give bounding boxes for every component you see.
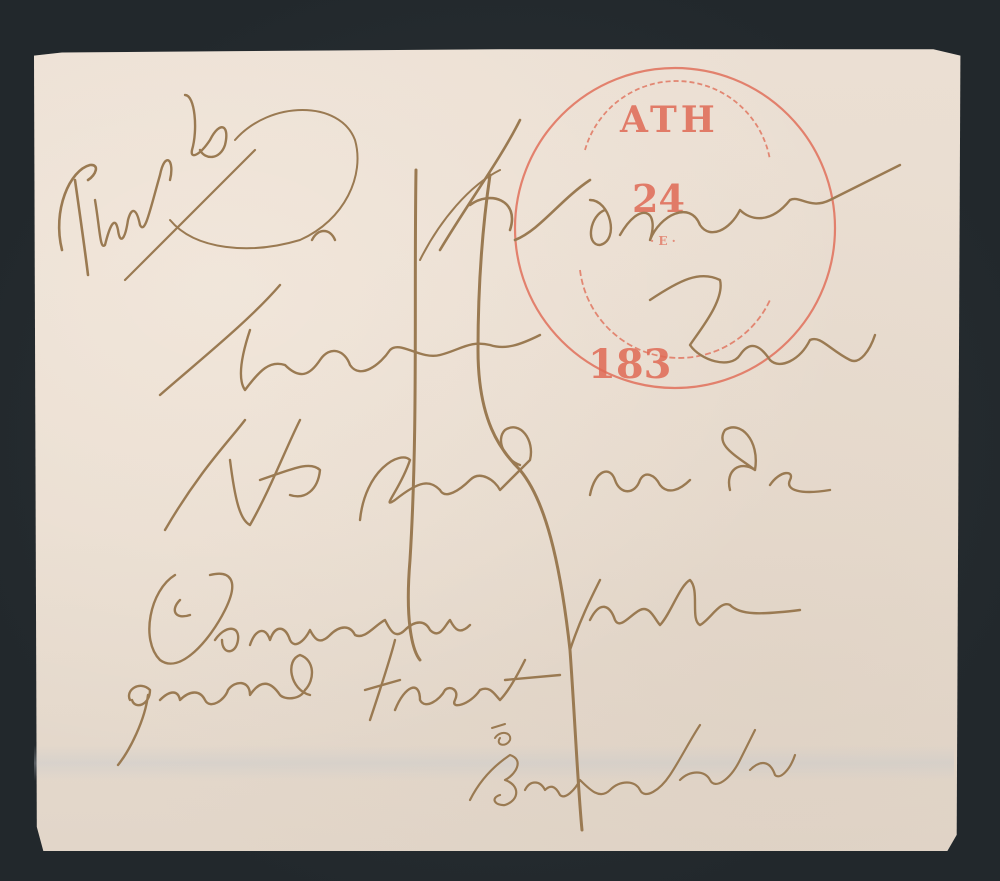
postmark-month: · E ·	[650, 234, 676, 248]
address-handwriting	[118, 120, 900, 805]
postmark-ath: ATH 24 · E · 183	[515, 68, 835, 388]
postmark-year: 183	[588, 341, 672, 388]
postmark-town: ATH	[619, 99, 719, 141]
franco-annotation	[59, 95, 357, 280]
